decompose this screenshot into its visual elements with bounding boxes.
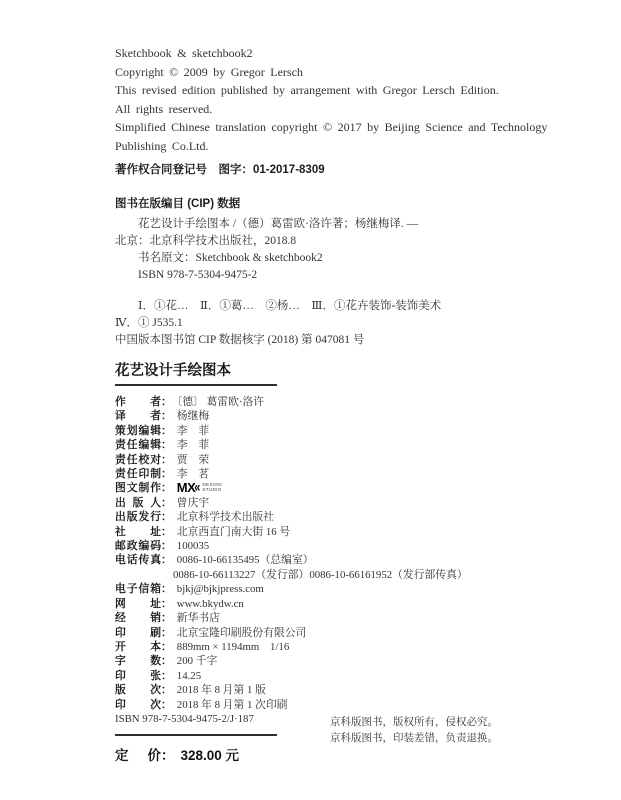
cip-record-line: 北京：北京科学技术出版社，2018.8 xyxy=(115,233,549,250)
cip-classification-line: Ⅳ．① J535.1 xyxy=(115,315,549,332)
credit-row: 策划编辑：李 菲 xyxy=(115,424,549,438)
credit-row: 译者：杨继梅 xyxy=(115,409,549,423)
cip-classification-line: Ⅰ．①花… Ⅱ．①葛… ②杨… Ⅲ．①花卉装饰-装饰美术 xyxy=(115,298,549,315)
credit-label: 印次 xyxy=(115,698,161,712)
isbn-rule xyxy=(115,734,277,736)
credit-row: 网址：www.bkydw.cn xyxy=(115,597,549,611)
credit-colon: ： xyxy=(161,410,172,422)
notice-line: 京科版图书，版权所有，侵权必究。 xyxy=(330,715,498,731)
credit-row: 印次：2018 年 8 月第 1 次印刷 xyxy=(115,698,549,712)
credit-value: 李 菲 xyxy=(177,439,209,451)
cip-section: 图书在版编目 (CIP) 数据 花艺设计手绘图本 /（德）葛雷欧·洛许著；杨继梅… xyxy=(115,196,549,349)
colophon-content: Sketchbook & sketchbook2Copyright © 2009… xyxy=(115,44,549,764)
credit-row: 电话传真：0086-10-66135495（总编室） xyxy=(115,553,549,567)
credit-colon: ： xyxy=(161,641,172,653)
copyright-line: This revised edition published by arrang… xyxy=(115,81,549,100)
english-copyright-block: Sketchbook & sketchbook2Copyright © 2009… xyxy=(115,44,549,155)
credit-label: 字数 xyxy=(115,654,161,668)
credit-row: 出版人：曾庆宇 xyxy=(115,496,549,510)
credit-row: 邮政编码：100035 xyxy=(115,539,549,553)
credit-row: 图文制作：MX«DESIGNSTUDIO xyxy=(115,481,549,495)
credit-colon: ： xyxy=(161,670,172,682)
cip-record-line: 书名原文：Sketchbook & sketchbook2 xyxy=(115,250,549,267)
cip-heading: 图书在版编目 (CIP) 数据 xyxy=(115,196,549,213)
credit-label: 电子信箱 xyxy=(115,582,161,596)
price-value: 328.00 元 xyxy=(181,748,240,763)
mx-logo-subtext: DESIGNSTUDIO xyxy=(202,483,221,493)
cip-classification-line: 中国版本图书馆 CIP 数据核字 (2018) 第 047081 号 xyxy=(115,332,549,349)
book-title: 花艺设计手绘图本 xyxy=(115,362,549,380)
cip-record-line: ISBN 978-7-5304-9475-2 xyxy=(115,267,549,284)
credit-value: 2018 年 8 月第 1 版 xyxy=(177,684,266,696)
credit-value: MX«DESIGNSTUDIO xyxy=(177,482,222,494)
credit-value: 李 茗 xyxy=(177,468,209,480)
credit-row: 责任校对：贾 荣 xyxy=(115,453,549,467)
credit-value: 2018 年 8 月第 1 次印刷 xyxy=(177,699,288,711)
credit-colon: ： xyxy=(161,612,172,624)
credit-value: 北京宝隆印刷股份有限公司 xyxy=(177,627,307,639)
credit-value: 李 菲 xyxy=(177,425,209,437)
credit-colon: ： xyxy=(161,554,172,566)
credit-label: 责任印制 xyxy=(115,467,161,481)
credit-value: 北京科学技术出版社 xyxy=(177,511,274,523)
credit-value: 0086-10-66135495（总编室） xyxy=(177,554,314,566)
credit-row: 作者：〔德〕 葛雷欧·洛许 xyxy=(115,395,549,409)
credit-colon: ： xyxy=(161,627,172,639)
credit-colon: ： xyxy=(161,540,172,552)
credit-value: 889mm × 1194mm 1/16 xyxy=(177,641,289,653)
credit-label: 版次 xyxy=(115,683,161,697)
credit-colon: ： xyxy=(161,482,172,494)
credit-value-second-line: 0086-10-66113227（发行部）0086-10-66161952（发行… xyxy=(173,568,549,582)
credit-value: bjkj@bjkjpress.com xyxy=(177,583,264,595)
credit-value: 北京西直门南大街 16 号 xyxy=(177,526,290,538)
credit-label: 作者 xyxy=(115,395,161,409)
credit-row: 字数：200 千字 xyxy=(115,654,549,668)
credit-colon: ： xyxy=(161,425,172,437)
credit-value: 杨继梅 xyxy=(177,410,209,422)
credit-value: 新华书店 xyxy=(177,612,220,624)
credit-value: 100035 xyxy=(177,540,209,552)
credit-label: 网址 xyxy=(115,597,161,611)
credit-row: 责任编辑：李 菲 xyxy=(115,438,549,452)
credit-colon: ： xyxy=(161,699,172,711)
mx-logo-subtext-line: STUDIO xyxy=(202,488,221,493)
credit-label: 出版人 xyxy=(115,496,161,510)
credit-colon: ： xyxy=(161,583,172,595)
credit-label: 责任校对 xyxy=(115,453,161,467)
notice-line: 京科版图书，印装差错，负责退换。 xyxy=(330,731,498,747)
price-row: 定价：328.00 元 xyxy=(115,744,549,764)
credit-label: 社址 xyxy=(115,525,161,539)
credit-colon: ： xyxy=(161,396,172,408)
credit-label: 开本 xyxy=(115,640,161,654)
credit-label: 印刷 xyxy=(115,626,161,640)
registration-line: 著作权合同登记号 图字：01-2017-8309 xyxy=(115,162,549,179)
price-colon: ： xyxy=(161,748,175,763)
copyright-line: Sketchbook & sketchbook2 xyxy=(115,44,549,63)
credit-value: 曾庆宇 xyxy=(177,497,209,509)
credits-section: 作者：〔德〕 葛雷欧·洛许译者：杨继梅策划编辑：李 菲责任编辑：李 菲责任校对：… xyxy=(115,395,549,726)
credit-row: 社址：北京西直门南大街 16 号 xyxy=(115,525,549,539)
mx-logo-chevron: « xyxy=(194,479,200,497)
credit-label: 策划编辑 xyxy=(115,424,161,438)
credit-row: 电子信箱：bjkj@bjkjpress.com xyxy=(115,582,549,596)
copyright-line: All rights reserved. xyxy=(115,100,549,119)
cip-record-line: 花艺设计手绘图本 /（德）葛雷欧·洛许著；杨继梅译. — xyxy=(115,216,549,233)
credit-value: 14.25 xyxy=(177,670,201,682)
bottom-notices: 京科版图书，版权所有，侵权必究。京科版图书，印装差错，负责退换。 xyxy=(330,715,498,746)
credit-row: 版次：2018 年 8 月第 1 版 xyxy=(115,683,549,697)
cip-classification-lines: Ⅰ．①花… Ⅱ．①葛… ②杨… Ⅲ．①花卉装饰-装饰美术Ⅳ．① J535.1中国… xyxy=(115,298,549,349)
credit-colon: ： xyxy=(161,598,172,610)
credit-colon: ： xyxy=(161,655,172,667)
mx-design-studio-logo: MX«DESIGNSTUDIO xyxy=(177,481,222,495)
credit-colon: ： xyxy=(161,526,172,538)
credit-row: 出版发行：北京科学技术出版社 xyxy=(115,510,549,524)
mx-logo-text: MX xyxy=(177,481,196,495)
credit-row: 开本：889mm × 1194mm 1/16 xyxy=(115,640,549,654)
credit-colon: ： xyxy=(161,684,172,696)
credit-label: 经销 xyxy=(115,611,161,625)
credit-row: 印张：14.25 xyxy=(115,669,549,683)
credit-label: 图文制作 xyxy=(115,481,161,495)
credit-label: 电话传真 xyxy=(115,553,161,567)
credit-value: 200 千字 xyxy=(177,655,218,667)
credit-colon: ： xyxy=(161,439,172,451)
price-label: 定价 xyxy=(115,744,161,764)
credit-value: 〔德〕 葛雷欧·洛许 xyxy=(177,396,264,408)
credit-label: 印张 xyxy=(115,669,161,683)
credit-colon: ： xyxy=(161,454,172,466)
credit-colon: ： xyxy=(161,511,172,523)
credit-colon: ： xyxy=(161,497,172,509)
copyright-line: Simplified Chinese translation copyright… xyxy=(115,118,549,155)
credit-row: 经销：新华书店 xyxy=(115,611,549,625)
credit-label: 出版发行 xyxy=(115,510,161,524)
credit-label: 责任编辑 xyxy=(115,438,161,452)
credit-colon: ： xyxy=(161,468,172,480)
colophon-page: Sketchbook & sketchbook2Copyright © 2009… xyxy=(0,0,621,800)
title-rule xyxy=(115,384,277,386)
credit-label: 译者 xyxy=(115,409,161,423)
credit-value: www.bkydw.cn xyxy=(177,598,244,610)
credit-row: 印刷：北京宝隆印刷股份有限公司 xyxy=(115,626,549,640)
credit-value: 贾 荣 xyxy=(177,454,209,466)
copyright-line: Copyright © 2009 by Gregor Lersch xyxy=(115,63,549,82)
credit-label: 邮政编码 xyxy=(115,539,161,553)
cip-record-lines: 花艺设计手绘图本 /（德）葛雷欧·洛许著；杨继梅译. —北京：北京科学技术出版社… xyxy=(115,216,549,284)
